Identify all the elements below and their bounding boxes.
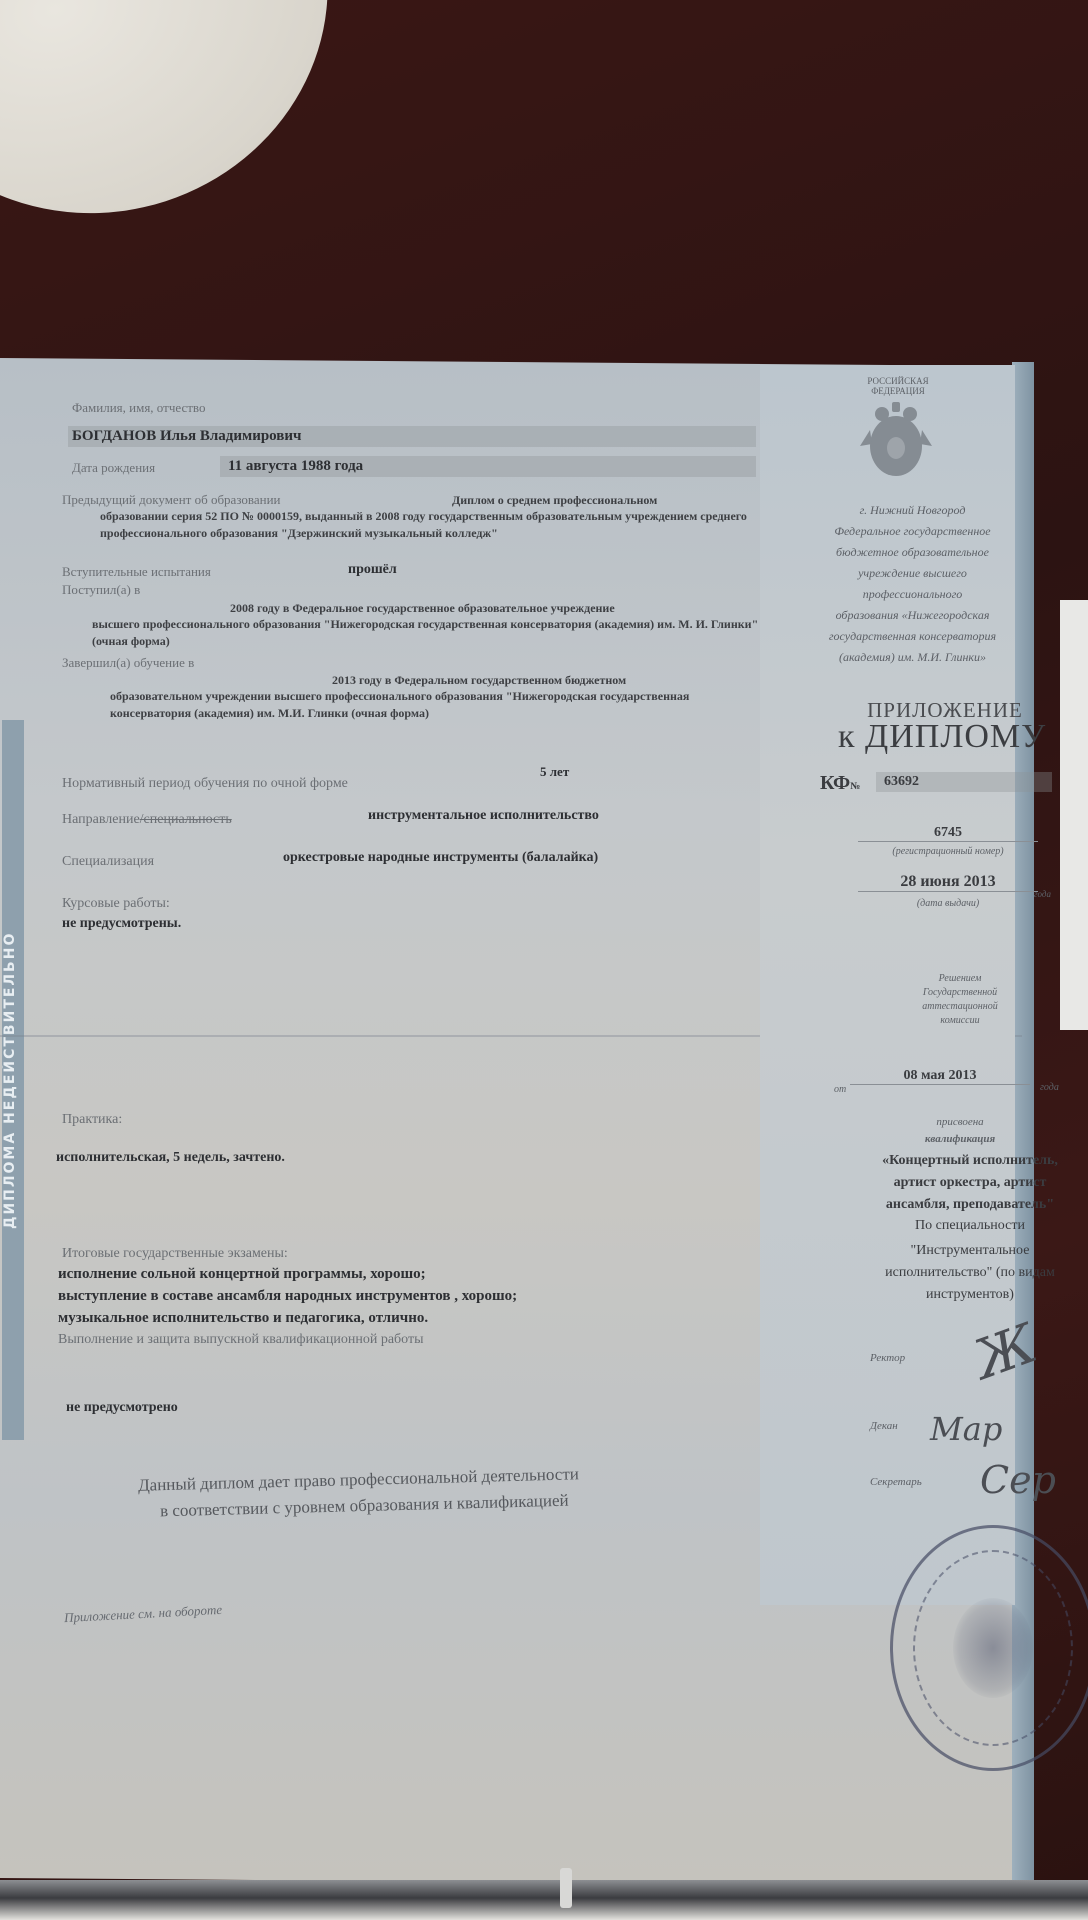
country-name: РОССИЙСКАЯФЕДЕРАЦИЯ <box>818 376 978 396</box>
decision-from: от <box>834 1082 846 1098</box>
enrolled-value-1: 2008 году в Федеральное государственное … <box>230 600 615 617</box>
prev-doc-value-1: Диплом о среднем профессиональном <box>452 492 657 509</box>
qualification-value: «Концертный исполнитель, артист оркестра… <box>850 1150 1088 1216</box>
binder-clip <box>560 1868 572 1908</box>
coursework-value: не предусмотрены. <box>62 916 181 932</box>
dob-value: 11 августа 1988 года <box>220 456 756 477</box>
entrance-value: прошёл <box>348 562 397 578</box>
period-label: Нормативный период обучения по очной фор… <box>62 776 348 792</box>
issue-date-label: (дата выдачи) <box>858 896 1038 912</box>
specialty-value: "Инструментальное исполнительство" (по в… <box>850 1240 1088 1306</box>
decision-date: 08 мая 2013 <box>850 1068 1030 1085</box>
completed-label: Завершил(а) обучение в <box>62 655 194 671</box>
reg-number-label: (регистрационный номер) <box>858 844 1038 860</box>
rector-label: Ректор <box>870 1350 905 1366</box>
issue-date: 28 июня 2013 <box>858 873 1038 892</box>
institution-name: г. Нижний Новгород Федеральное государст… <box>790 500 1035 668</box>
exam-item: выступление в составе ансамбля народных … <box>58 1288 517 1305</box>
fio-label: Фамилия, имя, отчество <box>72 400 205 416</box>
thesis-value: не предусмотрено <box>66 1400 178 1416</box>
enrolled-value-2: высшего профессионального образования "Н… <box>92 616 772 650</box>
thesis-label: Выполнение и защита выпускной квалификац… <box>58 1332 424 1348</box>
enrolled-label: Поступил(а) в <box>62 582 140 598</box>
practice-value: исполнительская, 5 недель, зачтено. <box>56 1150 285 1166</box>
diploma-number: 63692 <box>876 772 1052 792</box>
completed-value-2: образовательном учреждении высшего профе… <box>110 688 710 722</box>
exams-label: Итоговые государственные экзамены: <box>62 1246 288 1262</box>
prev-doc-label: Предыдущий документ об образовании <box>62 492 281 508</box>
secretary-signature: Сер <box>980 1458 1056 1502</box>
specialty-label: По специальности <box>850 1218 1088 1234</box>
folder-binding <box>0 1880 1088 1920</box>
dean-signature: Мар <box>930 1410 1002 1448</box>
paper-edge <box>1060 600 1088 1030</box>
secretary-label: Секретарь <box>870 1474 922 1490</box>
exam-item: исполнение сольной концертной программы,… <box>58 1266 426 1283</box>
dean-label: Декан <box>870 1418 898 1434</box>
prev-doc-value-2: образовании серия 52 ПО № 0000159, выдан… <box>100 508 760 542</box>
exam-item: музыкальное исполнительство и педагогика… <box>58 1310 428 1327</box>
spine-text: ДИПЛОМА НЕДЕЙСТВИТЕЛЬНО <box>2 720 24 1440</box>
entrance-label: Вступительные испытания <box>62 564 211 580</box>
diploma-title: к ДИПЛОМУ <box>838 718 1046 756</box>
dob-label: Дата рождения <box>72 460 155 476</box>
direction-value: инструментальное исполнительство <box>368 808 599 824</box>
white-plate-background <box>0 0 384 272</box>
reg-number: 6745 <box>858 825 1038 842</box>
practice-label: Практика: <box>62 1112 122 1128</box>
qualification-label: присвоена квалификация <box>870 1114 1050 1148</box>
decision-label: Решением Государственной аттестационной … <box>880 972 1040 1028</box>
official-seal-icon <box>890 1525 1088 1771</box>
direction-label: Направление/специальность <box>62 812 232 828</box>
series-prefix: КФ№ <box>820 772 860 795</box>
coursework-label: Курсовые работы: <box>62 896 170 912</box>
fio-value: БОГДАНОВ Илья Владимирович <box>68 426 756 447</box>
specialization-label: Специализация <box>62 854 154 870</box>
specialization-value: оркестровые народные инструменты (балала… <box>283 850 598 866</box>
completed-value-1: 2013 году в Федеральном государственном … <box>332 672 626 689</box>
double-headed-eagle-icon <box>858 400 934 486</box>
decision-date-suffix: года <box>1040 1080 1059 1096</box>
period-value: 5 лет <box>540 764 569 780</box>
